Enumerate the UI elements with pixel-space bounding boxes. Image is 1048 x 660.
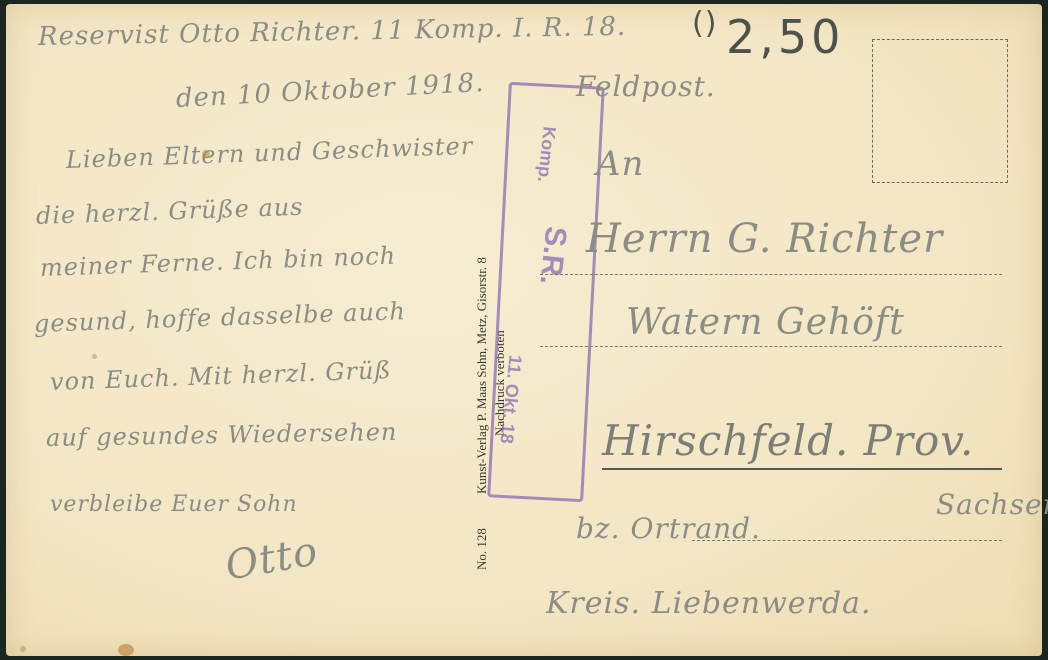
message-line: Lieben Eltern und Geschwister	[66, 132, 474, 174]
foxing-spot	[202, 150, 210, 158]
message-line: die herzl. Grüße aus	[36, 193, 304, 230]
message-line: von Euch. Mit herzl. Grüß	[50, 356, 392, 396]
publisher-number: No. 128	[474, 528, 489, 570]
address-district: Sachsen	[936, 488, 1048, 521]
foxing-spot	[92, 354, 97, 359]
censor-stamp: Komp. S.R. 11. Okt. 18	[487, 82, 605, 502]
address-line4: bz. Ortrand.	[576, 512, 761, 545]
message-line: gesund, hoffe dasselbe auch	[34, 297, 407, 338]
foxing-spot	[20, 646, 26, 652]
publisher-name: Kunst-Verlag P. Maas Sohn, Metz, Gisorst…	[474, 257, 489, 494]
foxing-spot	[118, 644, 134, 656]
address-line-1	[540, 274, 1002, 275]
address-salutation: An	[596, 144, 644, 184]
date-line: den 10 Oktober 1918.	[175, 68, 485, 114]
signature: Otto	[222, 528, 322, 589]
feldpost-label: Feldpost.	[576, 70, 716, 103]
stamp-komp: Komp.	[533, 125, 560, 183]
message-line: verbleibe Euer Sohn	[50, 492, 298, 517]
price-note: 2,50	[726, 10, 844, 64]
address-line-3	[602, 468, 1002, 470]
price-prefix: ()	[692, 6, 717, 41]
address-recipient: Herrn G. Richter	[586, 216, 943, 262]
stamp-sr: S.R.	[532, 225, 572, 287]
postcard-back: Reservist Otto Richter. 11 Komp. I. R. 1…	[6, 4, 1042, 656]
sender-line: Reservist Otto Richter. 11 Komp. I. R. 1…	[38, 12, 627, 52]
address-line5: Kreis. Liebenwerda.	[546, 586, 872, 621]
message-line: meiner Ferne. Ich bin noch	[40, 242, 397, 282]
address-line-2	[540, 346, 1002, 347]
address-city: Hirschfeld. Prov.	[602, 416, 974, 465]
stamp-placement-box	[872, 39, 1008, 183]
stamp-date: 11. Okt. 18	[495, 354, 525, 445]
address-line2: Watern Gehöft	[626, 302, 905, 343]
message-line: auf gesundes Wiedersehen	[46, 418, 398, 452]
